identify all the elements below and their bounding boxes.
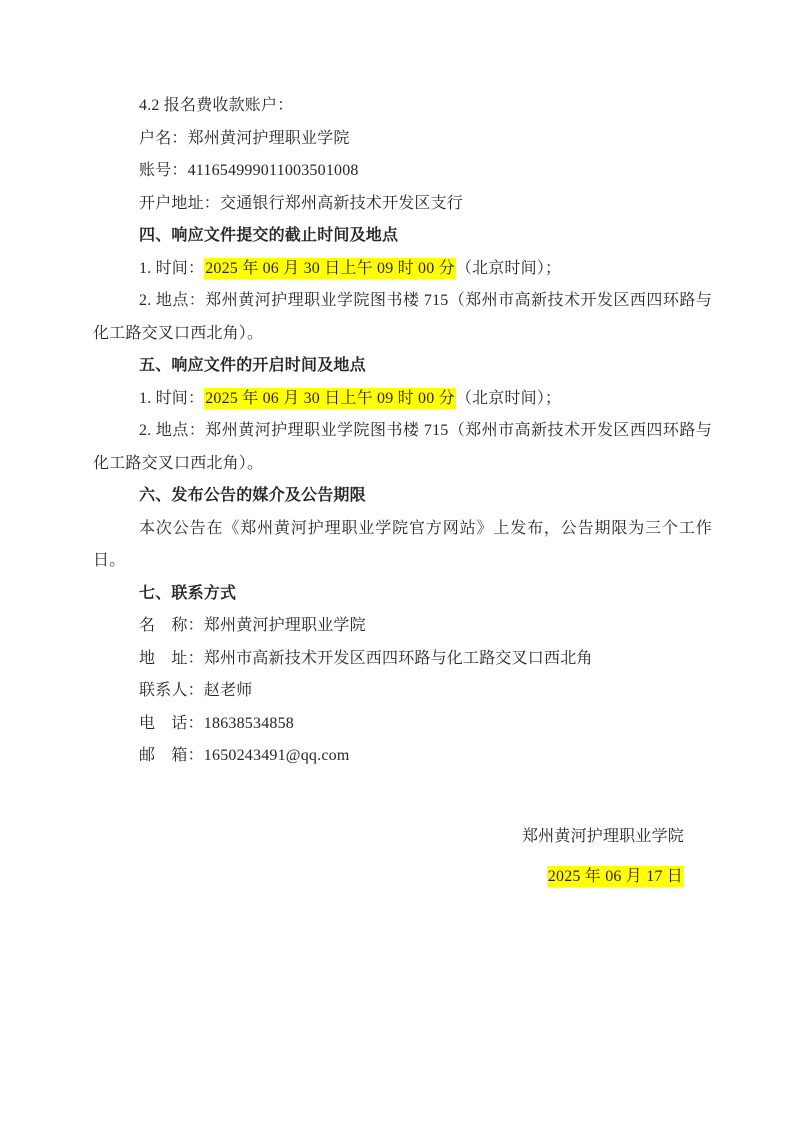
- section4-heading: 四、响应文件提交的截止时间及地点: [93, 220, 712, 253]
- contact-phone: 电 话：18638534858: [93, 708, 712, 741]
- opening-time-label: 1. 时间：: [139, 390, 204, 407]
- deadline-time-label: 1. 时间：: [139, 260, 204, 277]
- opening-time-highlight: 2025 年 06 月 30 日上午 09 时 00 分: [204, 388, 456, 409]
- document-page: 4.2 报名费收款账户： 户名：郑州黄河护理职业学院 账号：4116549990…: [0, 0, 800, 1131]
- account-section-title: 4.2 报名费收款账户：: [93, 90, 712, 123]
- contact-address: 地 址：郑州市高新技术开发区西四环路与化工路交叉口西北角: [93, 643, 712, 676]
- account-holder: 户名：郑州黄河护理职业学院: [93, 123, 712, 156]
- contact-email: 邮 箱：1650243491@qq.com: [93, 740, 712, 773]
- section7-heading: 七、联系方式: [93, 578, 712, 611]
- announcement-media-line: 本次公告在《郑州黄河护理职业学院官方网站》上发布，公告期限为三个工作日。: [93, 513, 712, 578]
- opening-location-line: 2. 地点：郑州黄河护理职业学院图书楼 715（郑州市高新技术开发区西四环路与化…: [93, 415, 712, 480]
- signature-date-line: 2025 年 06 月 17 日: [93, 857, 684, 897]
- contact-person: 联系人：赵老师: [93, 675, 712, 708]
- deadline-time-line: 1. 时间：2025 年 06 月 30 日上午 09 时 00 分（北京时间）…: [93, 253, 712, 286]
- deadline-time-suffix: （北京时间）；: [456, 260, 561, 277]
- account-number: 账号：411654999011003501008: [93, 155, 712, 188]
- signature-block: 郑州黄河护理职业学院 2025 年 06 月 17 日: [93, 817, 712, 897]
- section6-heading: 六、发布公告的媒介及公告期限: [93, 480, 712, 513]
- account-bank-address: 开户地址：交通银行郑州高新技术开发区支行: [93, 188, 712, 221]
- signature-org: 郑州黄河护理职业学院: [93, 817, 684, 857]
- opening-time-suffix: （北京时间）；: [456, 390, 561, 407]
- section5-heading: 五、响应文件的开启时间及地点: [93, 350, 712, 383]
- signature-date-highlight: 2025 年 06 月 17 日: [547, 866, 684, 887]
- deadline-time-highlight: 2025 年 06 月 30 日上午 09 时 00 分: [204, 258, 456, 279]
- contact-org-name: 名 称：郑州黄河护理职业学院: [93, 610, 712, 643]
- deadline-location-line: 2. 地点：郑州黄河护理职业学院图书楼 715（郑州市高新技术开发区西四环路与化…: [93, 285, 712, 350]
- opening-time-line: 1. 时间：2025 年 06 月 30 日上午 09 时 00 分（北京时间）…: [93, 383, 712, 416]
